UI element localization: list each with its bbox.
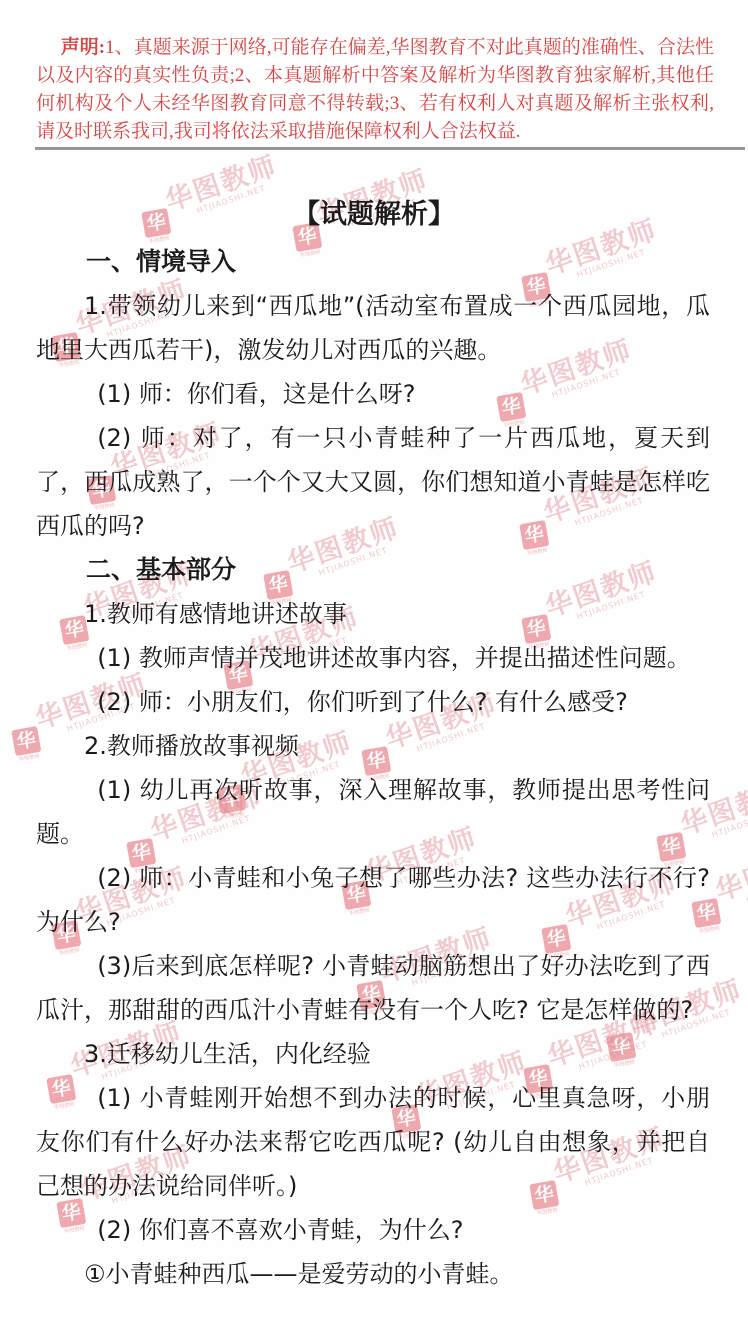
disclaimer-label: 声明: xyxy=(61,37,105,58)
disclaimer-body: 1、真题来源于网络,可能存在偏差,华图教育不对此真题的准确性、合法性以及内容的真… xyxy=(36,37,714,142)
body-paragraph: (1) 教师声情并茂地讲述故事内容，并提出描述性问题。 xyxy=(36,636,710,680)
body-paragraph: (1) 小青蛙刚开始想不到办法的时候，心里真急呀，小朋友你们有什么好办法来帮它吃… xyxy=(36,1076,710,1208)
body-paragraph: (2) 师：小朋友们，你们听到了什么? 有什么感受? xyxy=(36,680,710,724)
section-divider xyxy=(35,147,745,150)
document-content: 声明:1、真题来源于网络,可能存在偏差,华图教育不对此真题的准确性、合法性以及内… xyxy=(0,0,748,1335)
body-paragraph: (2) 你们喜不喜欢小青蛙，为什么? xyxy=(36,1208,710,1252)
body-paragraph: 二、基本部分 xyxy=(36,548,710,592)
document-page: 华华图教师华图教师HTJIAOSHI.NET华华图教师华图教师HTJIAOSHI… xyxy=(0,0,748,1335)
page-title: 【试题解析】 xyxy=(0,199,748,231)
body-paragraph: (2) 师：小青蛙和小兔子想了哪些办法? 这些办法行不行? 为什么? xyxy=(36,856,710,944)
body-paragraph: (3)后来到底怎样呢? 小青蛙动脑筋想出了好办法吃到了西瓜汁，那甜甜的西瓜汁小青… xyxy=(36,944,710,1032)
body-paragraph: (1) 师：你们看，这是什么呀? xyxy=(36,372,710,416)
document-body: 一、情境导入1.带领幼儿来到“西瓜地”(活动室布置成一个西瓜园地，瓜地里大西瓜若… xyxy=(36,240,710,1296)
body-paragraph: (2) 师：对了，有一只小青蛙种了一片西瓜地，夏天到了，西瓜成熟了，一个个又大又… xyxy=(36,416,710,548)
body-paragraph: 一、情境导入 xyxy=(36,240,710,284)
body-paragraph: 1.教师有感情地讲述故事 xyxy=(36,592,710,636)
body-paragraph: ①小青蛙种西瓜——是爱劳动的小青蛙。 xyxy=(36,1252,710,1296)
body-paragraph: 1.带领幼儿来到“西瓜地”(活动室布置成一个西瓜园地，瓜地里大西瓜若干)，激发幼… xyxy=(36,284,710,372)
body-paragraph: (1) 幼儿再次听故事，深入理解故事，教师提出思考性问题。 xyxy=(36,768,710,856)
disclaimer-text: 声明:1、真题来源于网络,可能存在偏差,华图教育不对此真题的准确性、合法性以及内… xyxy=(36,34,714,146)
body-paragraph: 2.教师播放故事视频 xyxy=(36,724,710,768)
body-paragraph: 3.迁移幼儿生活，内化经验 xyxy=(36,1032,710,1076)
